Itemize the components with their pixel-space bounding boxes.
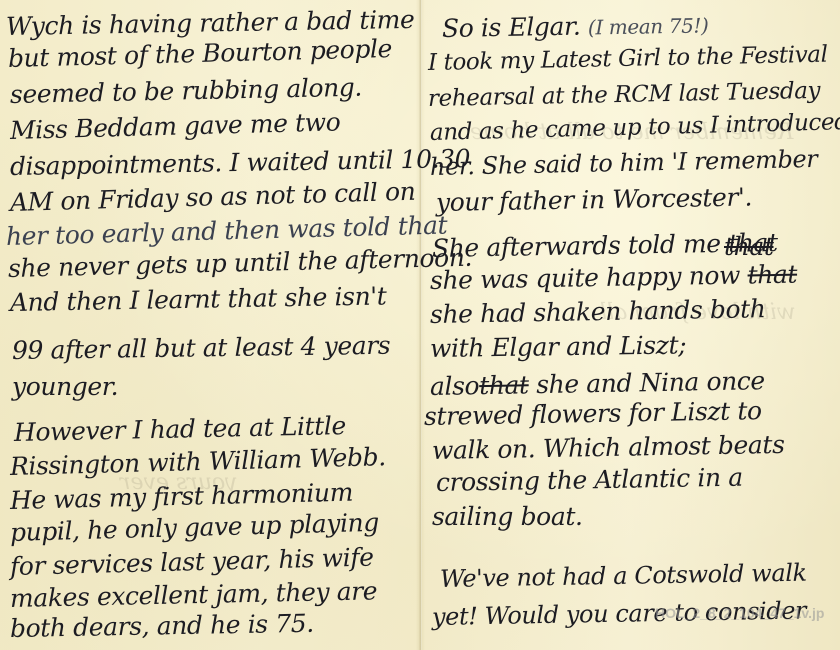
handwritten-line: she had shaken hands both (430, 294, 766, 330)
handwritten-line: I took my Latest Girl to the Festival (428, 40, 828, 78)
handwritten-line: rehearsal at the RCM last Tuesday (428, 76, 821, 114)
handwritten-line: your father in Worcester'. (436, 182, 753, 218)
file-watermark: HOL_2_8_2_104_47_1v.jp (655, 605, 824, 621)
line-aside: (I mean 75!) (588, 13, 709, 39)
handwritten-line: and as he came up to us I introduced (430, 107, 840, 148)
handwritten-line: for services last year, his wife (10, 542, 374, 582)
handwritten-line: sailing boat. (432, 502, 583, 532)
handwritten-line: with Elgar and Liszt; (430, 330, 687, 364)
struck-word: that (747, 260, 797, 290)
handwritten-line: she was quite happy now that (430, 260, 798, 296)
handwritten-line: AM on Friday so as not to call on (10, 177, 416, 218)
handwritten-line: crossing the Atlantic in a (436, 463, 743, 498)
handwritten-line: So is Elgar. (I mean 75!) (442, 9, 709, 45)
handwritten-line: And then I learnt that she isn't (10, 281, 387, 318)
handwritten-line: both dears, and he is 75. (10, 609, 314, 644)
handwritten-line: her. She said to him 'I remember (430, 144, 818, 182)
handwritten-line: walk on. Which almost beats (432, 430, 785, 466)
struck-word: that (479, 370, 529, 400)
struck-word: that (724, 232, 774, 262)
handwritten-line: makes excellent jam, they are (10, 576, 378, 614)
handwritten-line: Miss Beddam gave me two (10, 107, 341, 146)
letter-scan: Remember me to all at home with love fro… (0, 0, 840, 650)
handwritten-line: 99 after all but at least 4 years (12, 331, 391, 366)
handwritten-line: strewed flowers for Liszt to (424, 396, 762, 432)
handwritten-line: However I had tea at Little (14, 411, 346, 448)
right-page: So is Elgar. (I mean 75!) I took my Late… (422, 0, 840, 650)
line-text: she was quite happy now (430, 261, 741, 295)
line-text: also (430, 371, 480, 401)
handwritten-line: Rissington with William Webb. (10, 442, 386, 482)
handwritten-line: We've not had a Cotswold walk (440, 558, 807, 594)
handwritten-line: younger. (12, 372, 118, 402)
handwritten-line: seemed to be rubbing along. (10, 73, 363, 110)
line-text: she and Nina once (536, 366, 765, 399)
left-page: Wych is having rather a bad time but mos… (0, 0, 419, 650)
line-main: So is Elgar. (442, 12, 581, 43)
